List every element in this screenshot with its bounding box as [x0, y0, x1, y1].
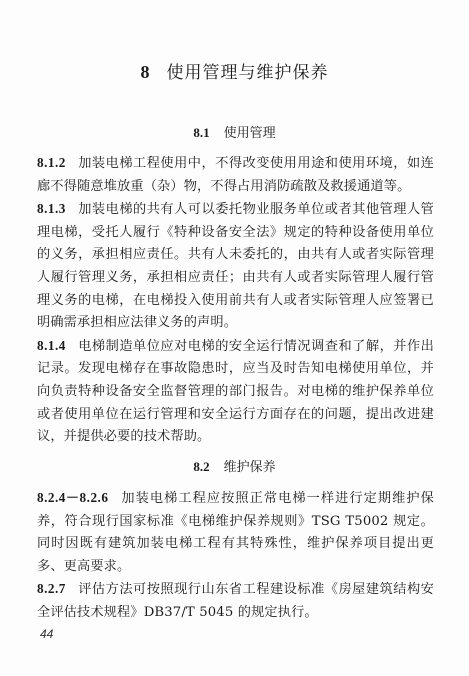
- clause-text: 电梯制造单位应对电梯的安全运行情况调查和了解，并作出记录。发现电梯存在事故隐患时…: [37, 339, 434, 444]
- clause-text: 评估方法可按照现行山东省工程建设标准《房屋建筑结构安全评估技术规程》DB37/T…: [37, 582, 434, 620]
- section-8-1-body: 8.1.2加装电梯工程使用中，不得改变使用用途和使用环境，如连廊不得随意堆放重（…: [37, 152, 434, 449]
- page-number: 44: [40, 627, 53, 641]
- clause-text: 加装电梯的共有人可以委托物业服务单位或者其他管理人管理电梯，受托人履行《特种设备…: [37, 202, 434, 330]
- section-number: 8.1: [193, 125, 209, 140]
- clause-8-1-3: 8.1.3加装电梯的共有人可以委托物业服务单位或者其他管理人管理电梯，受托人履行…: [37, 198, 434, 335]
- document-page: 8使用管理与维护保养 8.1使用管理 8.1.2加装电梯工程使用中，不得改变使用…: [0, 0, 469, 676]
- chapter-number: 8: [141, 62, 151, 82]
- clause-8-1-2: 8.1.2加装电梯工程使用中，不得改变使用用途和使用环境，如连廊不得随意堆放重（…: [37, 152, 434, 198]
- clause-number: 8.1.3: [37, 201, 66, 216]
- clause-text: 加装电梯工程使用中，不得改变使用用途和使用环境，如连廊不得随意堆放重（杂）物，不…: [37, 156, 434, 194]
- clause-8-1-4: 8.1.4电梯制造单位应对电梯的安全运行情况调查和了解，并作出记录。发现电梯存在…: [37, 335, 434, 449]
- clause-8-2-7: 8.2.7评估方法可按照现行山东省工程建设标准《房屋建筑结构安全评估技术规程》D…: [37, 578, 434, 624]
- clause-number: 8.2.7: [37, 581, 66, 596]
- section-heading-8-1: 8.1使用管理: [0, 122, 469, 141]
- clause-number: 8.1.4: [37, 338, 66, 353]
- clause-number: 8.2.4－8.2.6: [37, 490, 108, 505]
- clause-8-2-4-to-8-2-6: 8.2.4－8.2.6加装电梯工程应按照正常电梯一样进行定期维护保养，符合现行国…: [37, 487, 434, 578]
- section-8-2-body: 8.2.4－8.2.6加装电梯工程应按照正常电梯一样进行定期维护保养，符合现行国…: [37, 487, 434, 625]
- section-number: 8.2: [193, 459, 209, 474]
- chapter-heading: 8使用管理与维护保养: [0, 58, 469, 83]
- section-heading-8-2: 8.2维护保养: [0, 456, 469, 475]
- chapter-title: 使用管理与维护保养: [167, 63, 329, 83]
- section-title: 维护保养: [224, 460, 276, 475]
- section-title: 使用管理: [224, 126, 276, 141]
- clause-number: 8.1.2: [37, 155, 66, 170]
